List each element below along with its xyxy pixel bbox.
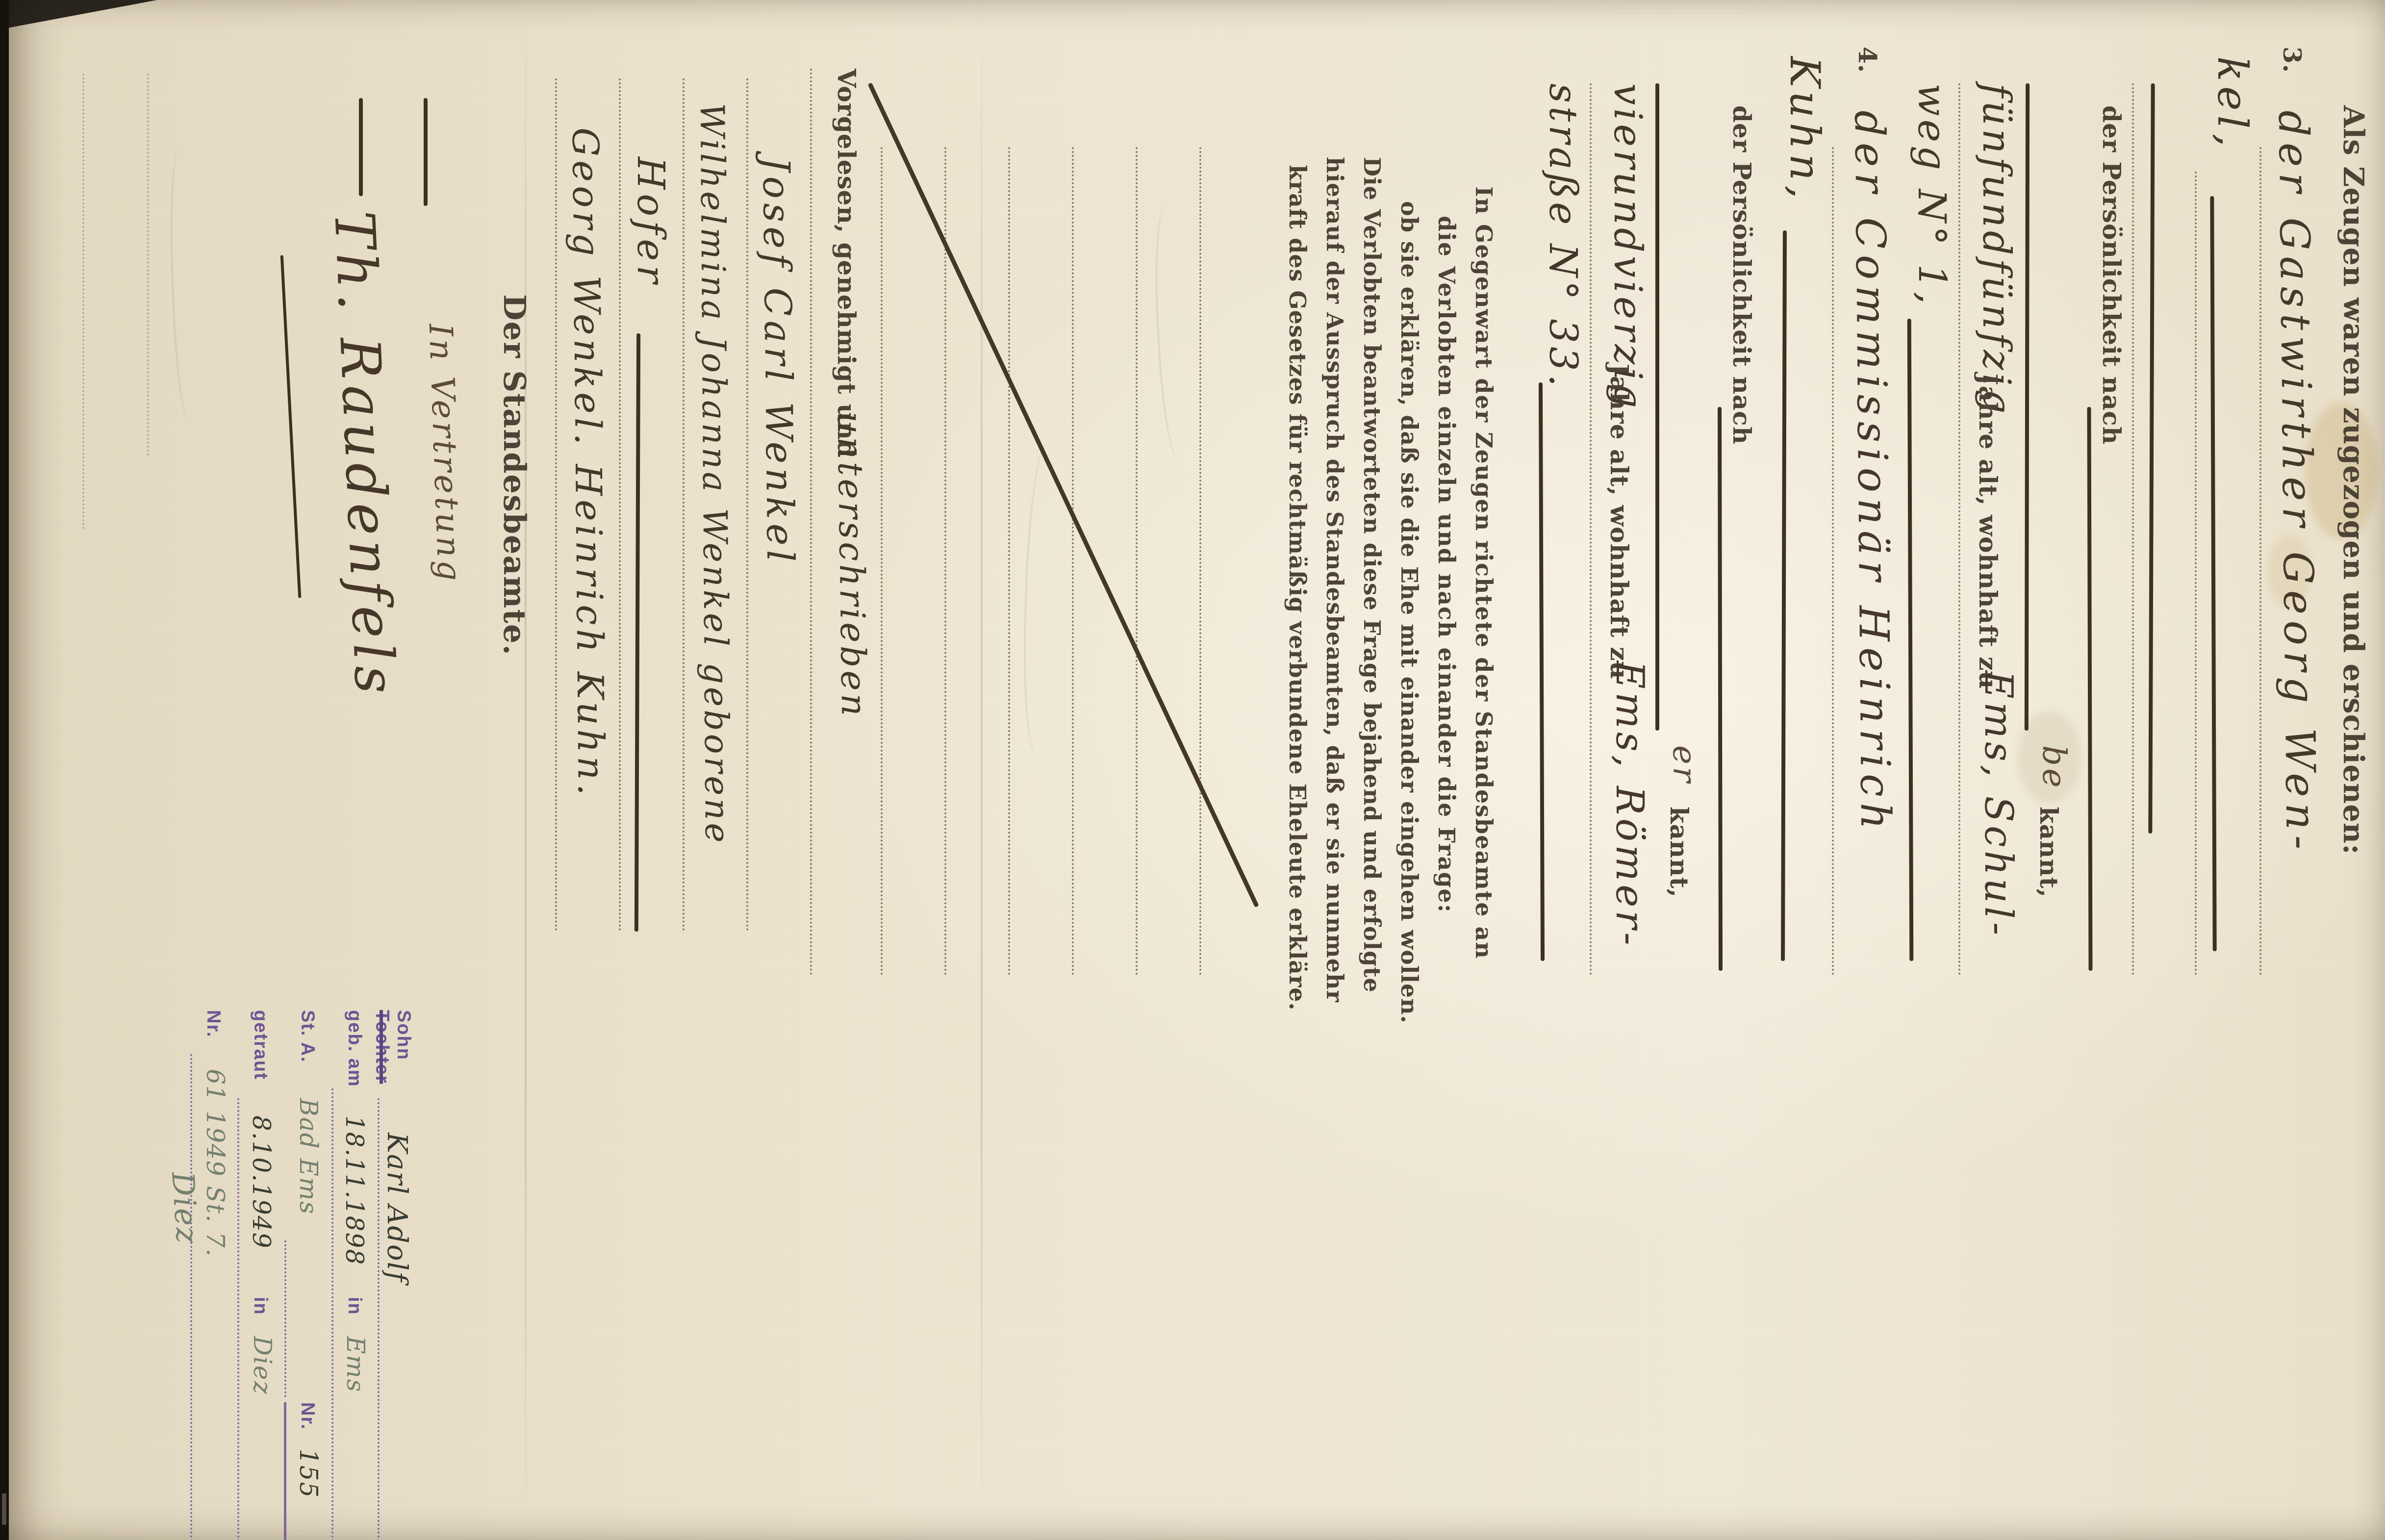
stamp-birthplace-handwritten: Ems (341, 1336, 370, 1393)
bleed-through-mark (167, 147, 203, 422)
witness3-residence-handwritten: Ems, Schul- (1976, 671, 2020, 938)
ink-fill-line (2210, 196, 2216, 951)
stamp-nr-handwritten: 155 (294, 1449, 323, 1498)
form-rule (1832, 147, 1834, 976)
witness4-kannt-prefix-handwritten: er (1666, 745, 1703, 785)
stamp-label-in: in (344, 1297, 365, 1315)
witness4-name-wrap-handwritten: Kuhn, (1781, 56, 1829, 203)
signature-flourish (280, 255, 302, 598)
stamp-registry-handwritten: Bad Ems (294, 1098, 323, 1215)
witness3-number: 3. (2278, 47, 2307, 73)
blank-rule (1072, 147, 1074, 976)
witness3-name-wrap-handwritten: kel, (2208, 56, 2257, 151)
stamp-label-sohn: Sohn (393, 1010, 414, 1060)
signature-bride-maiden: Hofer (629, 157, 673, 287)
witness4-age-label: Jahre alt, wohnhaft zu (1605, 364, 1634, 680)
witness3-age-label: Jahre alt, wohnhaft zu (1974, 374, 2003, 689)
stamp-label-nr2: Nr. (203, 1010, 224, 1038)
form-rule (1590, 83, 1592, 976)
stamp-label-in2: in (250, 1297, 271, 1315)
witness4-age-handwritten: vierundvierzig (1605, 83, 1649, 411)
stamp-rule (190, 1054, 192, 1540)
ink-fill-line (1907, 319, 1914, 961)
witness4-residence-handwritten: Ems, Römer- (1607, 661, 1651, 949)
ink-fill-line (634, 333, 640, 932)
ink-fill-line (424, 98, 428, 206)
form-rule (2259, 147, 2261, 976)
stamp-rule (237, 1098, 239, 1540)
blank-rule (1136, 147, 1138, 976)
declaration-line: Die Verlobten beantworteten diese Frage … (1353, 157, 1391, 902)
witness3-kannt-label: kannt, (2034, 807, 2063, 898)
blank-rule (881, 147, 883, 976)
photo-canvas: Als Zeugen waren zugezogen und erschiene… (0, 0, 2385, 1540)
witness4-kannt-label: kannt, (1665, 807, 1694, 898)
ink-fill-line (2025, 83, 2030, 731)
blank-rule (1008, 147, 1010, 976)
ink-fill-line (1718, 407, 1723, 971)
declaration-line: die Verlobten einzeln und nach einander … (1428, 216, 1465, 902)
blank-rule (944, 147, 946, 976)
declaration-line: ob sie erklären, daß sie die Ehe mit ein… (1391, 201, 1428, 902)
stamp-marriage-date-handwritten: 8.10.1949 (247, 1115, 276, 1249)
signature-rule (746, 78, 748, 932)
declaration-paragraph: In Gegenwart der Zeugen richtete der Sta… (1279, 157, 1502, 902)
registrar-signature-handwritten: Th. Raudenfels (322, 210, 406, 700)
photo-edge-mark (2, 1493, 6, 1525)
declaration-line: hierauf der Ausspruch des Standesbeamten… (1316, 157, 1353, 902)
form-rule (2195, 172, 2197, 976)
signature-rule (619, 78, 621, 932)
stamp-rule (284, 1240, 286, 1397)
declaration-line: kraft des Gesetzes für rechtmäßig verbun… (1279, 165, 1316, 902)
stamp-rule (331, 1088, 333, 1540)
registrar-title: Der Standesbeamte. (497, 294, 533, 656)
blank-rule (1199, 147, 1201, 976)
signature-rule (555, 78, 557, 932)
stamp-rule (378, 1098, 380, 1540)
witness3-age-handwritten: fünfundfünfzig (1974, 83, 2018, 417)
stamp-marriage-place-handwritten: Diez (248, 1336, 277, 1395)
witness3-kannt-prefix-handwritten: be (2035, 745, 2073, 790)
ink-fill-line (2148, 83, 2155, 833)
signature-groom: Josef Carl Wenkel (755, 157, 803, 567)
stamp-name-handwritten: Karl Adolf (381, 1133, 413, 1283)
certificate-page: Als Zeugen waren zugezogen und erschiene… (9, 0, 2385, 1540)
declaration-line: In Gegenwart der Zeugen richtete der Sta… (1465, 186, 1502, 902)
stamp-label-sta: St. A. (297, 1010, 318, 1063)
stamp-birthdate-handwritten: 18.11.1898 (340, 1115, 369, 1265)
unterschrieben-handwritten: unterschrieben (830, 411, 874, 719)
vorgelesen-label: Vorgelesen, genehmigt und (832, 69, 861, 458)
signature-rule (683, 78, 685, 932)
witness4-occupation-name-handwritten: der Commissionär Heinrich (1846, 110, 1900, 835)
registry-margin-stamp: Sohn Tochter Karl Adolf geb. am 18.11.18… (169, 1010, 414, 1540)
witness3-residence-wrap-handwritten: weg N° 1, (1909, 83, 1954, 307)
bleed-through-mark (1150, 205, 1195, 462)
bleed-through-rule (147, 74, 149, 456)
form-rule (810, 69, 812, 976)
header-line: Als Zeugen waren zugezogen und erschiene… (2337, 105, 2370, 855)
bleed-through-rule (82, 74, 84, 530)
stamp-label-nr: Nr. (297, 1402, 318, 1430)
in-vertretung-handwritten: In Vertretung (422, 323, 468, 584)
stamp-record-nr-handwritten: 61 1949 St. 7. (201, 1069, 229, 1258)
form-rule (1958, 83, 1960, 976)
ink-fill-line (1781, 230, 1787, 961)
stamp-record-place-handwritten: Diez (165, 1171, 205, 1245)
paper-crease (981, 0, 983, 1540)
signature-witnesses: Georg Wenkel. Heinrich Kuhn. (564, 127, 612, 800)
ink-fill-line (1655, 83, 1659, 731)
ink-fill-line (1539, 382, 1545, 961)
ink-fill-line (2087, 407, 2092, 971)
stamp-underline (284, 1402, 286, 1540)
stamp-label-geb-am: geb. am (344, 1010, 365, 1087)
ink-fill-line (359, 98, 363, 196)
witness4-persoenlichkeit-label: der Persönlichkeit nach (1727, 105, 1756, 445)
witness3-persoenlichkeit-label: der Persönlichkeit nach (2097, 105, 2126, 445)
signature-bride: Wilhelmina Johanna Wenkel geborene (692, 103, 736, 846)
paper-crease (525, 0, 527, 1540)
stamp-label-tochter-struck: Tochter (371, 1010, 392, 1084)
witness4-residence-wrap-handwritten: straße N° 33. (1541, 83, 1585, 390)
stamp-label-getraut: getraut (250, 1010, 271, 1080)
witness3-occupation-name-handwritten: der Gastwirther Georg Wen- (2269, 110, 2325, 856)
witness4-number: 4. (1853, 47, 1882, 73)
form-rule (2132, 83, 2134, 976)
